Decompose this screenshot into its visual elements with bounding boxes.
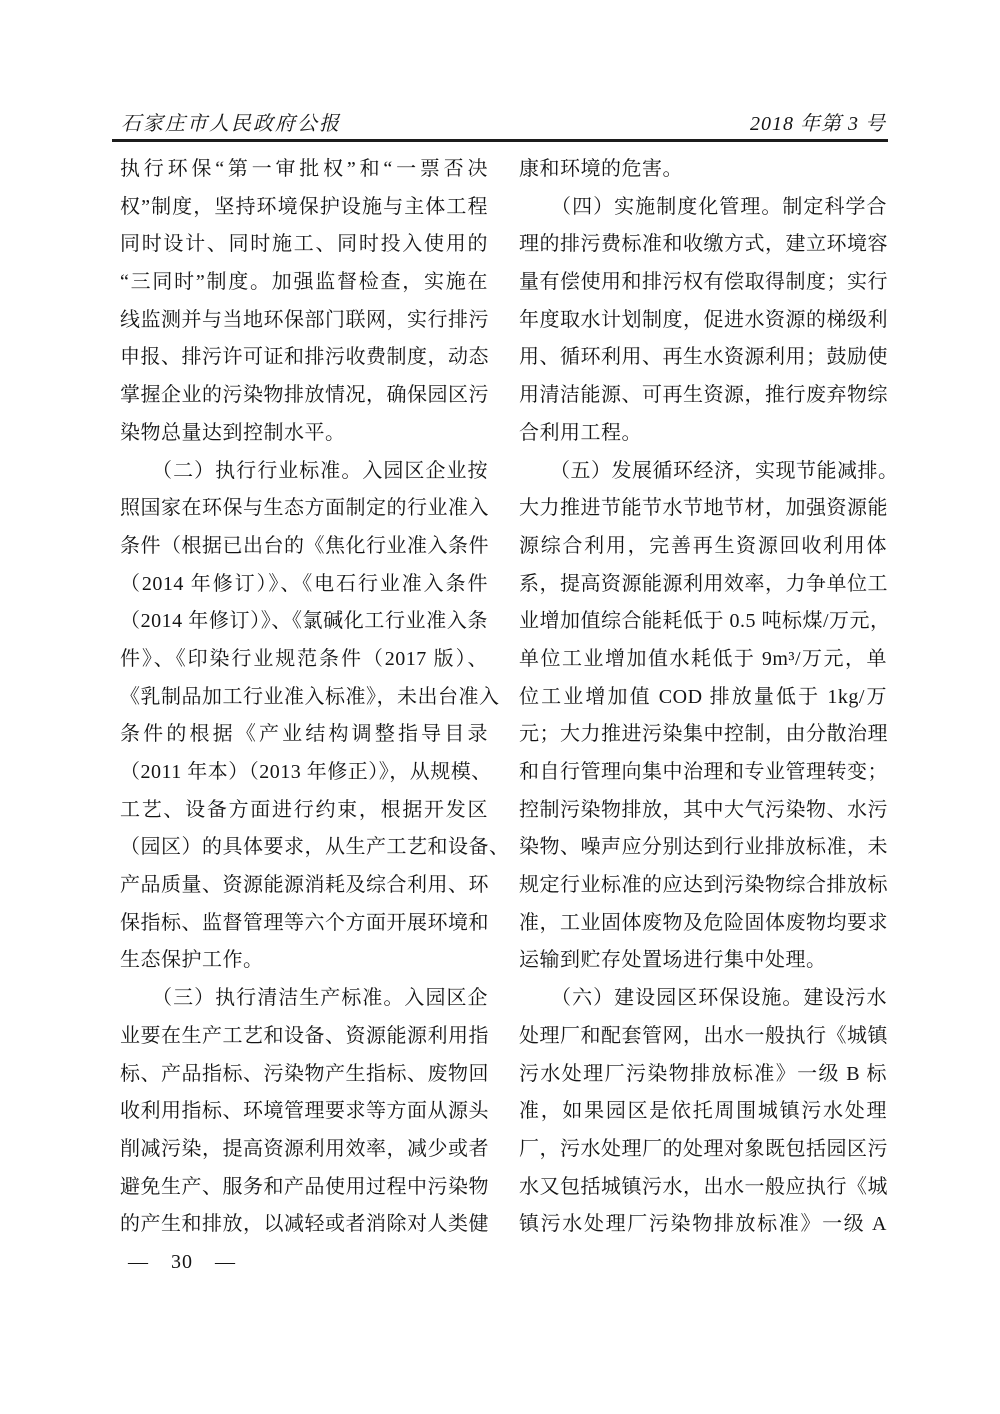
text-line: 单位工业增加值水耗低于 9m³/万元，单 [519, 641, 887, 679]
text-column-right: 康和环境的危害。 （四）实施制度化管理。制定科学合理的排污费标准和收缴方式，建立… [519, 151, 887, 1244]
text-line: 照国家在环保与生态方面制定的行业准入 [120, 490, 488, 528]
text-line: 权”制度，坚持环境保护设施与主体工程 [120, 189, 488, 227]
text-line: 水又包括城镇污水，出水一般应执行《城 [519, 1169, 887, 1207]
text-line: 生态保护工作。 [120, 942, 488, 980]
paragraph: （六）建设园区环保设施。建设污水处理厂和配套管网，出水一般执行《城镇污水处理厂污… [519, 980, 887, 1244]
text-line: （2011 年本）（2013 年修正）》，从规模、 [120, 754, 488, 792]
text-line: 削减污染，提高资源利用效率，减少或者 [120, 1131, 488, 1169]
text-line: （五）发展循环经济，实现节能减排。 [519, 453, 887, 491]
text-line: 业要在生产工艺和设备、资源能源利用指 [120, 1018, 488, 1056]
paragraph: 康和环境的危害。 [519, 151, 887, 189]
text-line: 理的排污费标准和收缴方式，建立环境容 [519, 226, 887, 264]
text-line: 执行环保“第一审批权”和“一票否决 [120, 151, 488, 189]
text-line: 控制污染物排放，其中大气污染物、水污 [519, 792, 887, 830]
text-line: 《乳制品加工行业准入标准》，未出台准入 [120, 679, 488, 717]
text-line: 染物、噪声应分别达到行业排放标准，未 [519, 829, 887, 867]
text-line: 准，如果园区是依托周围城镇污水处理 [519, 1093, 887, 1131]
text-line: 标、产品指标、污染物产生指标、废物回 [120, 1056, 488, 1094]
text-line: 合利用工程。 [519, 415, 887, 453]
text-line: 处理厂和配套管网，出水一般执行《城镇 [519, 1018, 887, 1056]
text-line: 产品质量、资源能源消耗及综合利用、环 [120, 867, 488, 905]
text-line: 同时设计、同时施工、同时投入使用的 [120, 226, 488, 264]
text-line: 运输到贮存处置场进行集中处理。 [519, 942, 887, 980]
gazette-page: 石家庄市人民政府公报 2018 年第 3 号 执行环保“第一审批权”和“一票否决… [0, 0, 1000, 1414]
text-line: “三同时”制度。加强监督检查，实施在 [120, 264, 488, 302]
publication-title: 石家庄市人民政府公报 [121, 107, 341, 136]
paragraph: 执行环保“第一审批权”和“一票否决权”制度，坚持环境保护设施与主体工程同时设计、… [120, 151, 488, 453]
text-line: 件》、《印染行业规范条件（2017 版）、 [120, 641, 488, 679]
text-line: 元；大力推进污染集中控制，由分散治理 [519, 716, 887, 754]
text-line: 量有偿使用和排污权有偿取得制度；实行 [519, 264, 887, 302]
issue-number: 2018 年第 3 号 [750, 107, 886, 136]
text-line: 系，提高资源能源利用效率，力争单位工 [519, 566, 887, 604]
text-line: （二）执行行业标准。入园区企业按 [120, 453, 488, 491]
text-line: 收利用指标、环境管理要求等方面从源头 [120, 1093, 488, 1131]
text-line: 的产生和排放，以减轻或者消除对人类健 [120, 1206, 488, 1244]
text-line: 厂，污水处理厂的处理对象既包括园区污 [519, 1131, 887, 1169]
text-line: 位工业增加值 COD 排放量低于 1kg/万 [519, 679, 887, 717]
page-number: — 30 — [128, 1251, 236, 1274]
text-line: 申报、排污许可证和排污收费制度，动态 [120, 339, 488, 377]
text-line: （六）建设园区环保设施。建设污水 [519, 980, 887, 1018]
text-line: （2014 年修订）》、《电石行业准入条件 [120, 566, 488, 604]
text-line: 大力推进节能节水节地节材，加强资源能 [519, 490, 887, 528]
text-line: 康和环境的危害。 [519, 151, 887, 189]
text-line: 污水处理厂污染物排放标准》一级 B 标 [519, 1056, 887, 1094]
text-line: 避免生产、服务和产品使用过程中污染物 [120, 1169, 488, 1207]
paragraph: （二）执行行业标准。入园区企业按照国家在环保与生态方面制定的行业准入条件（根据已… [120, 453, 488, 981]
text-line: （园区）的具体要求，从生产工艺和设备、 [120, 829, 488, 867]
text-line: 条件的根据《产业结构调整指导目录 [120, 716, 488, 754]
text-line: 和自行管理向集中治理和专业管理转变； [519, 754, 887, 792]
paragraph: （五）发展循环经济，实现节能减排。大力推进节能节水节地节材，加强资源能源综合利用… [519, 453, 887, 981]
header-rule [112, 139, 888, 142]
text-line: 条件（根据已出台的《焦化行业准入条件 [120, 528, 488, 566]
text-line: 保指标、监督管理等六个方面开展环境和 [120, 905, 488, 943]
text-line: （2014 年修订）》、《氯碱化工行业准入条 [120, 603, 488, 641]
paragraph: （四）实施制度化管理。制定科学合理的排污费标准和收缴方式，建立环境容量有偿使用和… [519, 189, 887, 453]
text-line: 掌握企业的污染物排放情况，确保园区污 [120, 377, 488, 415]
text-line: 用、循环利用、再生水资源利用；鼓励使 [519, 339, 887, 377]
text-line: 线监测并与当地环保部门联网，实行排污 [120, 302, 488, 340]
text-line: 染物总量达到控制水平。 [120, 415, 488, 453]
text-line: （四）实施制度化管理。制定科学合 [519, 189, 887, 227]
text-line: 工艺、设备方面进行约束，根据开发区 [120, 792, 488, 830]
text-line: 准，工业固体废物及危险固体废物均要求 [519, 905, 887, 943]
text-line: 规定行业标准的应达到污染物综合排放标 [519, 867, 887, 905]
text-line: 年度取水计划制度，促进水资源的梯级利 [519, 302, 887, 340]
text-line: 用清洁能源、可再生资源，推行废弃物综 [519, 377, 887, 415]
text-line: （三）执行清洁生产标准。入园区企 [120, 980, 488, 1018]
text-line: 源综合利用，完善再生资源回收利用体 [519, 528, 887, 566]
text-line: 业增加值综合能耗低于 0.5 吨标煤/万元， [519, 603, 887, 641]
paragraph: （三）执行清洁生产标准。入园区企业要在生产工艺和设备、资源能源利用指标、产品指标… [120, 980, 488, 1244]
text-line: 镇污水处理厂污染物排放标准》一级 A [519, 1206, 887, 1244]
text-column-left: 执行环保“第一审批权”和“一票否决权”制度，坚持环境保护设施与主体工程同时设计、… [120, 151, 488, 1244]
